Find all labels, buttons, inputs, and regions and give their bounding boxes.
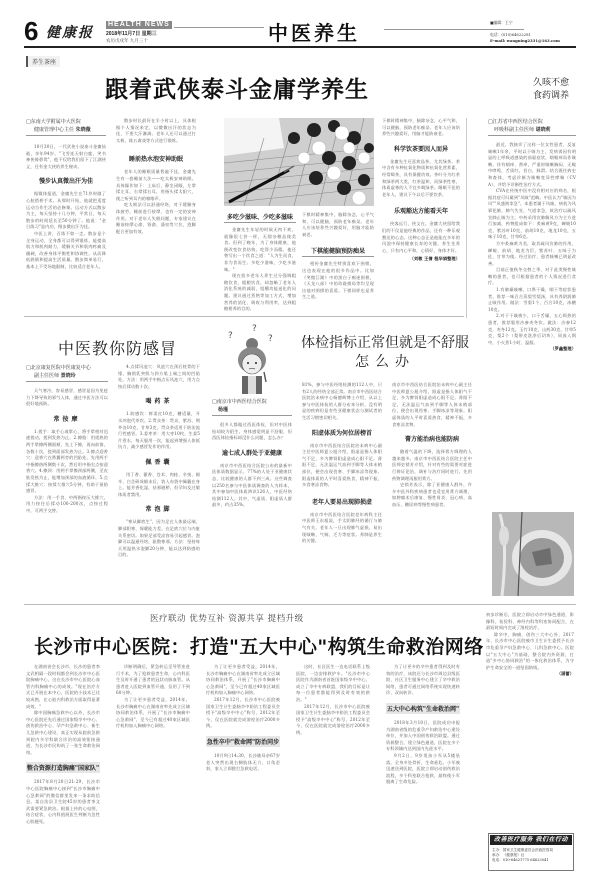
- article1-body6: 侠客远行，侠文在。金庸大侠留给我们的不仅是他经典的作品，还有一种乐观豁达的心态。…: [382, 221, 460, 254]
- article2-body1b: 方法：用一手食、中两指按压大椎穴，用力按住后揉动100-200次，点按过程中，可…: [26, 495, 108, 515]
- article4-body3b: 为了让更多患者受益，2014年，长沙市胸痛中心在湖南省率先成立区域协同救治体系，…: [116, 697, 190, 730]
- article4-body5: 为了让更多的卒中患者得到及时有效的治疗，该院还与长沙市周边县级医院、社区卫生服务…: [386, 664, 460, 697]
- article1-byline: 健康管理中心主任 朱晓薇: [26, 126, 106, 136]
- article3-byline: 杨瑾: [212, 406, 292, 416]
- article2-body3: 用丁香、藿香、苍术、肉桂、辛夷、细辛、白芷研成细末后，装入布袋中佩戴在身上。能芳…: [118, 472, 200, 498]
- sidebar-headline-line1: 久咳不愈: [516, 77, 586, 90]
- mid-rule-1: [24, 316, 464, 317]
- article2-body2: 4.点揉风池穴：风池穴在颈后枕骨的下缘，胸锁乳突肌与斜方肌上端之间的凹陷处。方法…: [118, 364, 200, 390]
- sidebar-body2: CVA在传统中医中没有相对应的病名，根据其症可归属到"风咳"范畴。中医认为"咳因…: [488, 188, 576, 241]
- article1-col5: 下棋时精神集中，脑除杂念，心平气和，可以健脑，预防老年痴呆。老年人应该培养些兴趣…: [382, 118, 460, 263]
- article4-signature: （涵蕾）: [486, 671, 574, 678]
- article1-body3-cont: 下棋时精神集中，脑除杂念，心平气和，可以健脑，预防老年痴呆。老年人应该培养些兴趣…: [302, 212, 374, 238]
- article1-body4-cont: 下棋时精神集中，脑除杂念，心平气和，可以健脑，预防老年痴呆。老年人应该培养些兴趣…: [382, 118, 460, 138]
- sidebar-byline-title: 呼吸科副主任医师: [494, 127, 534, 133]
- editor-credit: ■编辑：王宁: [490, 20, 513, 26]
- article3-headline-line1: 体检指标正常但就是不舒服: [300, 334, 470, 353]
- article1-body2: 散步时长最好在半小时以上，具体根据个人情况来定，以微微出汗的状态为佳，不要大汗淋…: [116, 118, 196, 144]
- article4-body1: 在湖南省会长沙市，长沙的患者李文武相隔一段时间都会到长沙市中心医院胸痛中心，这在…: [26, 664, 100, 710]
- sidebar-divider: [466, 118, 467, 318]
- article3-body4: 南京市中西医结合医院老年病科主任中医师王东旭说，手太阴肺经的循行与肺气有关。老年…: [302, 512, 382, 545]
- article1-body5: 金庸先生还喜欢品茶，尤其绿茶。茶中含有多种抗氧化物质和抗氧化营养素，经常喝茶，具…: [382, 159, 460, 199]
- article4-body6b: 9月2日，9岁男孩小军从5楼坠落，全身多处骨折，生命垂危。小军被迅速送到医院，医…: [386, 753, 460, 786]
- article3-subhead3: 膏方能治病也能防病: [392, 434, 472, 443]
- article4-col4: 这时，社区医生一边电话联系上级医院，一边安排救护车。"长沙市中心医院作为湖南省首…: [296, 664, 370, 737]
- column-tag-label: 养生茶座: [32, 59, 56, 66]
- article4-col3: 为了让更多患者受益，2014年，长沙市胸痛中心在湖南省率先成立区域协同救治体系，…: [206, 664, 280, 773]
- article2-headline: 中医教你防感冒: [58, 336, 177, 359]
- article1-col2: 散步时长最好在半小时以上，具体根据个人情况来定，以微微出汗的状态为佳，不要大汗淋…: [116, 118, 196, 235]
- ad-box: 改善医疗服务 我们在行动 主办：国家卫生健康委员会医政医管局 承办：《健康报》社…: [488, 833, 574, 871]
- article1-body1b: 中医上讲，百练不如一走。散步是个全身运动，全身都可以得到锻炼，能提高肌力和肌肉耐…: [26, 231, 106, 271]
- article4-body2: 2017年8月20日21:29，长沙市中心医院胸痛中心接到"长沙市胸痛中心急救网…: [26, 779, 100, 825]
- article2-subhead4: 常泡脚: [118, 504, 200, 513]
- article4-col2: 诊断明确后，紧急转运至导管室进行手术，为了抢救患者生命，心内科医生及时开通了患者…: [116, 664, 190, 730]
- page-number: 6: [24, 18, 38, 44]
- article1-body3: 金庸先生年轻的时候无肉不欢，就像很七价一样，无烟杂粮品使美食。但到了晚年，为了身…: [224, 227, 296, 273]
- article3-col1: □南京市中西医结合医院 杨瑾 很多人都做过西医体检，但对中医体检却较为陌生。身体…: [212, 398, 292, 509]
- sidebar-byline-name: 谌晓莉: [536, 127, 551, 133]
- article3-body3b: 史锁芳表示，除了亚健康人群外，许多中医外科疾病患者也适宜用膏方调理，如肿瘤术后康…: [392, 482, 472, 508]
- article4-subhead2: 五大中心构筑"生命救治网": [386, 703, 460, 714]
- article4-col5: 为了让更多的卒中患者得到及时有效的治疗，该院还与长沙市周边县级医院、社区卫生服务…: [386, 664, 460, 786]
- svg-text:?: ?: [252, 324, 257, 334]
- contact-email: E-mail: wangning2331@163.com: [490, 38, 560, 43]
- article4-body1b: 除中国胸痛急救中心以外，长沙市中心医院还先后通过国家级卒中中心、创伤救治中心、孕…: [26, 710, 100, 756]
- article1-headline: 跟着武侠泰斗金庸学养生: [105, 76, 369, 104]
- sidebar-body4: 目前正值秋冬交替之季，对于此类慢性咳嗽的患者，也可根据患者的个人情况进行食疗。: [488, 267, 576, 287]
- article3-body3: 随着气温的下降，选择膏方调理的人越来越多。南京市中西医结合医院主任中医师史锁芳介…: [392, 449, 472, 482]
- sidebar-byline: 呼吸科副主任医师 谌晓莉: [488, 126, 576, 136]
- article2-body1: 1.搓手：取手心或掌心，将手掌相对迅速搓动，搓到发热为止。2.擦脸：用搓热的两手…: [26, 429, 108, 495]
- article3-body2: 南京市中西医结合医院治未病中心副主任中医师夏公旭介绍，阳虚是指人体阳气不足，多为…: [302, 443, 382, 489]
- article4-kicker: 医疗联动 优势互补 资源共享 提档升级: [150, 612, 304, 624]
- article3-body1b: 81%，参与中医经络检测的112人中，只有2人的经络全部正常。南京市中西医结合医…: [302, 382, 382, 422]
- masthead-divider-left: [174, 27, 264, 28]
- article3-body2-cont: 南京市中西医结合医院治未病中心副主任中医师夏公旭介绍，阳虚是指人体阳气不足，多为…: [392, 382, 472, 428]
- article2-subhead2: 喝药茶: [118, 396, 200, 405]
- article1-subhead4: 下棋能健脑预防痴呆: [302, 246, 374, 257]
- article4-col1: 在湖南省会长沙市，长沙的患者李文武相隔一段时间都会到长沙市中心医院胸痛中心，这在…: [26, 664, 100, 825]
- article4-body4b: 2017年12月，长沙市中心医院被国家卫生计生委脑卒中防治工程委员会授予"高级卒…: [206, 697, 280, 730]
- health-news-label: HEALTH NEWS: [106, 21, 172, 29]
- article3-col3: 南京市中西医结合医院治未病中心副主任中医师夏公旭介绍，阳虚是指人体阳气不足，多为…: [392, 382, 472, 509]
- article2-col1: □北京康复医院中医康复中心 副主任医师 景晓玲 天气寒冷，容易感冒，感冒是因为免…: [26, 364, 108, 515]
- masthead-rule: [24, 46, 576, 48]
- article2-col2: 4.点揉风池穴：风池穴在颈后枕骨的下缘，胸锁乳突肌与斜方肌上端之间的凹陷处。方法…: [118, 364, 200, 559]
- article1-subhead6: 乐观豁达方能看天年: [382, 206, 460, 215]
- article1-body2b: 老年人的睡眠质量普遍不佳，金庸先生有一套睡前大法——吃太极安神助眠。具体操作如下…: [116, 169, 196, 202]
- girl-illustration: ? ? ?: [222, 322, 282, 394]
- article2-byline: 副主任医师 景晓玲: [26, 372, 108, 382]
- article2-byline-title: 副主任医师: [34, 373, 59, 379]
- article4-headline: 长沙市中心医院：打造"五大中心"构筑生命救治网络: [34, 632, 484, 659]
- sidebar-headline-line2: 食药调养: [516, 90, 586, 103]
- article4-body4b-2: 2017年12月，长沙市中心医院被国家卫生计生委脑卒中防治工程委员会授予"高级卒…: [296, 704, 370, 737]
- sidebar-body3: 方中炙麻黄为君，取其疏风宣肺的作用，蝉蜕、前胡、地龙为臣，紫苏叶、五味子为佐，甘…: [488, 241, 576, 267]
- article1-signature: （刘敏 王倩 程华娟整理）: [382, 256, 460, 263]
- sidebar-byline-org: □江苏省中西医结合医院: [488, 118, 576, 126]
- article1-col4: 下棋时精神集中，脑除杂念，心平气和，可以健脑，预防老年痴呆。老年人应该培养些兴趣…: [302, 212, 374, 301]
- article3-subhead1: 逾七成人群处于亚健康: [212, 448, 292, 457]
- article2-body4: "寒从脚底生"，因为足在人体最远端，脚部阴寒、保暖能力差。在足底穴位与内脏关系密…: [118, 519, 200, 559]
- article3-byline-org: □南京市中西医结合医院: [212, 398, 292, 406]
- article1-body3b: 现在很多老年人养生过分强调粗粮饮食，粗粮饮食，却忽略了老年人消化系统的减弱，咀嚼…: [224, 273, 296, 313]
- article1-byline-name: 朱晓薇: [76, 127, 91, 133]
- article1-col3: 多吃少滋味、少吃多滋味 金庸先生年轻的时候无肉不欢，就像很七价一样，无烟杂粮品使…: [224, 212, 296, 313]
- article4-body8b: 除卒中、胸痛、创伤三大中心外，2017年，长沙市中心医院被市卫生计生委授予长沙市…: [486, 632, 574, 672]
- article1-subhead5: 科学饮茶要因人而异: [382, 144, 460, 153]
- article4-body7: 10月9日14:30，长沙姚母亲67岁老人突然出现右侧肢体无力、口角歪斜，家人立…: [206, 753, 280, 773]
- article4-body8: 初步诊断后，医院立即启动卒中绿色通道，影像科、检验科、神经内科等科室协同配合，在…: [486, 612, 574, 632]
- article3-subhead4: 老年人要易出现肺损虚: [302, 497, 382, 506]
- masthead: 6 健康报 HEALTH NEWS 2018年11月7日 星期三 农历戊戌年 九…: [24, 10, 576, 46]
- article1-subhead2: 睡前热水泡安神助眠: [116, 154, 196, 163]
- column-tag: 养生茶座: [26, 56, 60, 67]
- soup-bowl-photo: [492, 512, 574, 596]
- sidebar-body1: 最近，我接诊了这样一位女性患者，反复咳嗽1年余，平时以干咳为主，发病诱因有明显的…: [488, 142, 576, 188]
- article3-body1: 南京市中西医结合医院公布的最新中医体质数据显示，77%的人处于亚健康状态，比较健…: [212, 463, 292, 509]
- article3-subhead2: 阳虚体质为何位居榜首: [302, 428, 382, 437]
- article3-intro: 很多人都做过西医体检，但对中医体检却较为陌生。身体感觉明显不舒服，但西医体检指标…: [212, 422, 292, 442]
- article1-body2c: 吃太极法可以舒通经络，对于缓解身体疲劳，睡前进行按摩，也有一定的安神作用。对于老…: [116, 202, 196, 235]
- article2-byline-org: □北京康复医院中医康复中心: [26, 364, 108, 372]
- article2-subhead3: 佩香囊: [118, 457, 200, 466]
- article2-intro: 天气寒冷，容易感冒，感冒是因为免疫力下降导致的邪气入体，通过中医方法可以很好地预…: [26, 388, 108, 408]
- article4-subhead3: 急性卒中"救命网"防治同步: [206, 736, 280, 747]
- ad-line3: 电话：010-64621775 64623041: [489, 858, 573, 863]
- article1-byline-title: 健康管理中心主任: [34, 127, 74, 133]
- section-title: 中医养生: [268, 21, 360, 45]
- sidebar-signature: （罗鑫整理）: [488, 346, 576, 353]
- article2-subhead1: 常按摩: [26, 414, 108, 423]
- article3-byline-name: 杨瑾: [218, 407, 228, 413]
- ad-line1: 主办：国家卫生健康委员会医政医管局: [489, 846, 573, 853]
- article4-body6: 2018年3月10日，医院成功申报为湖南省级的危重孕产妇救治中心建设单位，并加入…: [386, 720, 460, 753]
- ad-slogan: 改善医疗服务 我们在行动: [490, 835, 572, 845]
- sidebar-body5: 1.有肺燥咳嗽、口鼻干燥，咽干等症状患者，推荐一味百合蒸梨雪梨汤，具有养阴润肺止…: [488, 287, 576, 313]
- article4-body3-cont: 为了让更多患者受益，2014年，长沙市胸痛中心在湖南省率先成立区域协同救治体系，…: [206, 664, 280, 697]
- sidebar-body6: 2.对于干咳痰少，口干舌燥、五心烦热的患者，推荐服用沙参麦冬饮。做法：沙参12克…: [488, 313, 576, 346]
- article1-col1: □东南大学附属中大医院 健康管理中心主任 朱晓薇 10月30日，一代武侠小说泰斗…: [26, 118, 106, 271]
- article1-body4: 相传金庸先生特别喜欢下围棋，这也表现在他的很多作品中。比如《笑傲江湖》中的黑白子…: [302, 261, 374, 301]
- lunar-date: 农历戊戌年 九月三十: [106, 38, 148, 44]
- article3-headline-line2: 怎么办: [300, 353, 470, 372]
- go-board-illustration: [224, 118, 374, 206]
- article4-subhead1: 整合资源打造胸痛"国家队": [26, 762, 100, 773]
- sidebar-cough: □江苏省中西医结合医院 呼吸科副主任医师 谌晓莉 最近，我接诊了这样一位女性患者…: [488, 118, 576, 353]
- article1-subhead1: 慢步认真微出汗为佳: [26, 176, 106, 185]
- sidebar-headline: 久咳不愈 食药调养: [516, 77, 586, 103]
- article4-col6: 初步诊断后，医院立即启动卒中绿色通道，影像科、检验科、神经内科等科室协同配合，在…: [486, 612, 574, 678]
- svg-text:?: ?: [268, 334, 273, 344]
- issue-date: 2018年11月7日 星期三: [106, 30, 157, 37]
- article1-body1: 据媒体报道，金庸先生在71岁时做了心脏搭桥手术。从那时开始，他就把适度运动当作生…: [26, 191, 106, 231]
- article4-body4: 这时，社区医生一边电话联系上级医院，一边安排救护车。"长沙市中心医院作为湖南省首…: [296, 664, 370, 704]
- mid-rule-2: [24, 604, 576, 605]
- article2-body2b: 1.防感饮：鲜姜皮10克，糖适量，开水冲泡代茶饮。2.贯众茶：贯众、紫苏、荆芥各…: [118, 411, 200, 451]
- go-board-photo: [224, 118, 374, 206]
- article4-body3: 诊断明确后，紧急转运至导管室进行手术，为了抢救患者生命，心内科医生及时开通了患者…: [116, 664, 190, 697]
- paper-name-logo: 健康报: [46, 22, 94, 42]
- article1-subhead3: 多吃少滋味、少吃多滋味: [224, 212, 296, 223]
- svg-text:?: ?: [228, 331, 233, 341]
- soup-bowl-illustration: [492, 512, 574, 596]
- confused-girl-icon: ? ? ?: [222, 322, 282, 394]
- masthead-divider-right: [384, 29, 524, 30]
- article3-col2: 81%，参与中医经络检测的112人中，只有2人的经络全部正常。南京市中西医结合医…: [302, 382, 382, 545]
- article2-byline-name: 景晓玲: [61, 373, 76, 379]
- article3-headline: 体检指标正常但就是不舒服 怎么办: [300, 334, 470, 372]
- article1-byline-org: □东南大学附属中大医院: [26, 118, 106, 126]
- article1-intro: 10月30日，一代武侠小说泰斗金庸仙逝，享年94岁。"飞雪连天射白鹿，笑书神侠倚…: [26, 144, 106, 170]
